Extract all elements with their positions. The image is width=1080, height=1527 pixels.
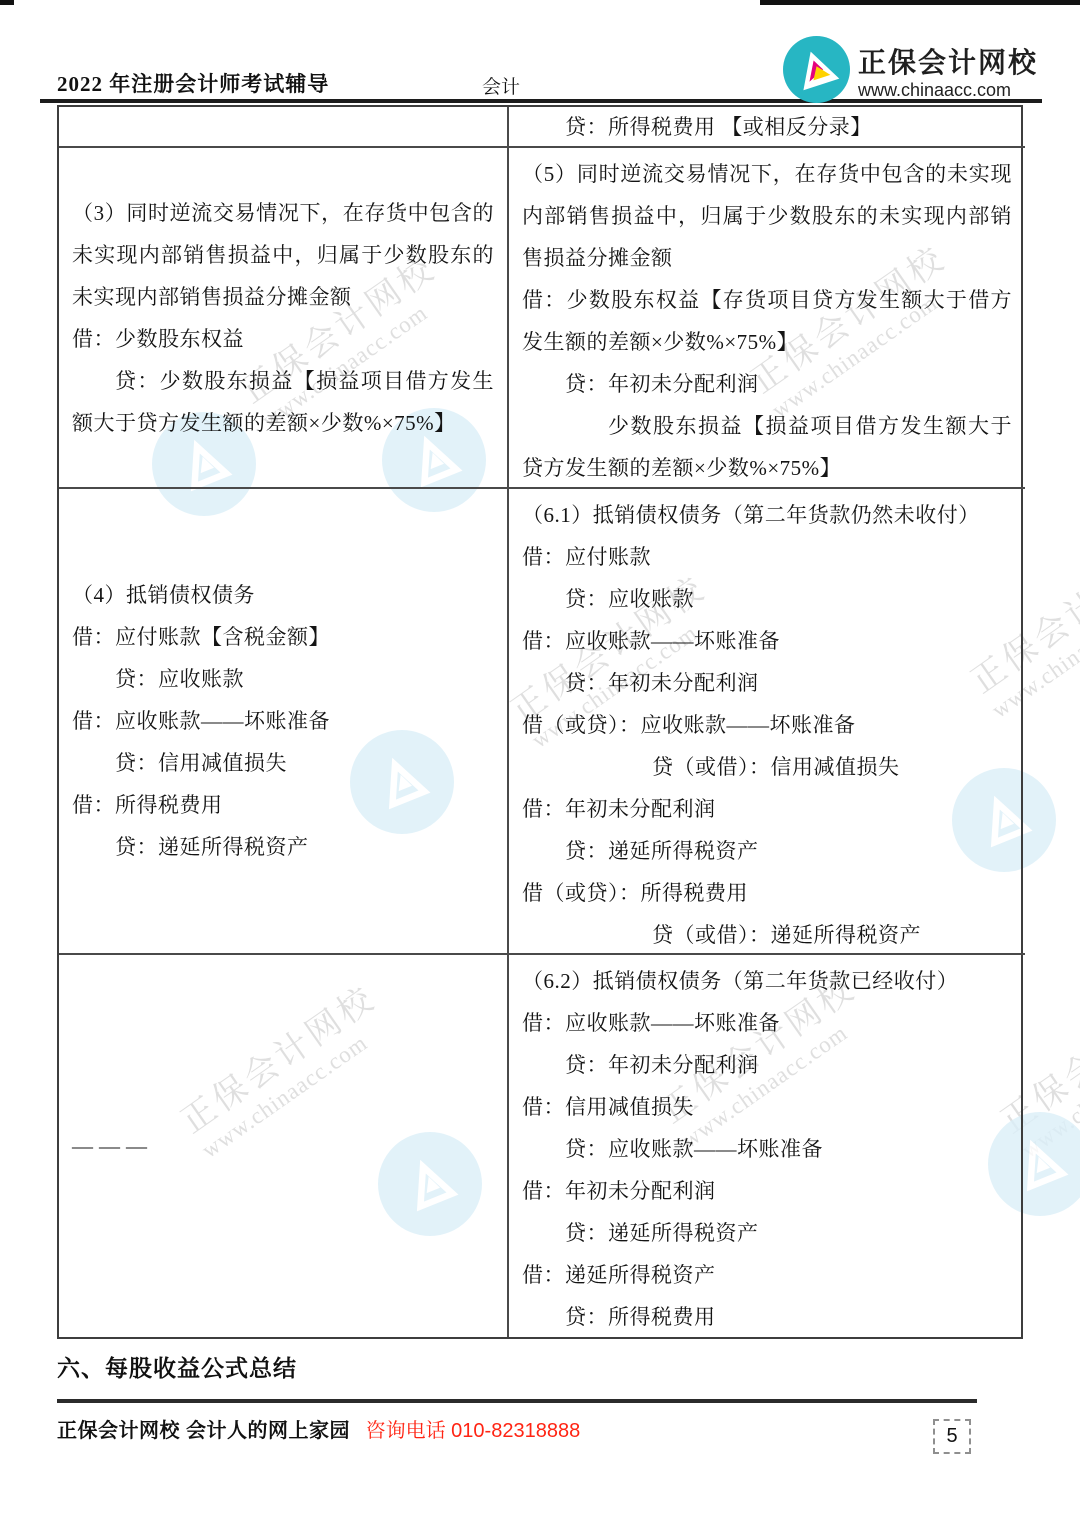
entry-line: 贷：年初未分配利润 [522, 662, 1012, 704]
entry-line: 借：少数股东权益【存货项目贷方发生额大于借方发生额的差额×少数%×75%】 [522, 279, 1012, 363]
table-cell-row1-right: 贷：所得税费用 【或相反分录】 [509, 107, 1025, 148]
table-cell-row4-left: ——— [59, 955, 509, 1337]
entry-line: 借：应付账款 [522, 536, 1012, 578]
table-cell-row3-right: （6.1）抵销债权债务（第二年货款仍然未收付） 借：应付账款 贷：应收账款 借：… [509, 489, 1025, 955]
table-cell-row2-left: （3）同时逆流交易情况下，在存货中包含的未实现内部销售损益中，归属于少数股东的未… [59, 148, 509, 489]
entry-line: （3）同时逆流交易情况下，在存货中包含的未实现内部销售损益中，归属于少数股东的未… [72, 192, 494, 318]
page-number-badge: 5 [933, 1419, 971, 1454]
entry-line: 贷：递延所得税资产 [72, 826, 494, 868]
section-heading: 六、每股收益公式总结 [57, 1350, 297, 1383]
entry-line: 借（或贷）：应收账款——坏账准备 [522, 704, 1012, 746]
entry-line: 借：应收账款——坏账准备 [72, 700, 494, 742]
entry-line: （4）抵销债权债务 [72, 574, 494, 616]
entry-line: 借（或贷）：所得税费用 [522, 872, 1012, 914]
entry-line: 借：应收账款——坏账准备 [522, 1002, 1012, 1044]
entry-line: 贷：年初未分配利润 [522, 1044, 1012, 1086]
entry-line: 贷：应收账款 [522, 578, 1012, 620]
entry-line: 借：年初未分配利润 [522, 788, 1012, 830]
entry-line: 少数股东损益【损益项目借方发生额大于贷方发生额的差额×少数%×75%】 [522, 405, 1012, 489]
entry-line: 借：应付账款【含税金额】 [72, 616, 494, 658]
page-number: 5 [946, 1425, 957, 1448]
entry-line: 借：所得税费用 [72, 784, 494, 826]
entry-line: 贷（或借）：信用减值损失 [522, 746, 1012, 788]
brand-url: www.chinaacc.com [858, 80, 1038, 100]
journal-entries-table: 贷：所得税费用 【或相反分录】 （3）同时逆流交易情况下，在存货中包含的未实现内… [57, 105, 1023, 1339]
footer-brand: 正保会计网校 会计人的网上家园 [57, 1420, 350, 1442]
entry-line: （5）同时逆流交易情况下，在存货中包含的未实现内部销售损益中，归属于少数股东的未… [522, 153, 1012, 279]
entry-line: 贷：所得税费用 [522, 1296, 1012, 1338]
entry-line: 贷：信用减值损失 [72, 742, 494, 784]
entry-line: （6.1）抵销债权债务（第二年货款仍然未收付） [522, 494, 1012, 536]
document-page: 正保会计网校 www.chinaacc.com 正保会计网校 www.china… [0, 0, 1080, 1527]
entry-line: 贷（或借）：递延所得税资产 [522, 914, 1012, 956]
scan-artifact [760, 0, 1080, 5]
footer-phone: 咨询电话 010-82318888 [366, 1420, 581, 1442]
brand-logo: 正保会计网校 www.chinaacc.com [783, 36, 1038, 103]
entry-line: 借：信用减值损失 [522, 1086, 1012, 1128]
entry-line: 贷：递延所得税资产 [522, 1212, 1012, 1254]
scan-artifact [0, 0, 14, 5]
placeholder-dashes: ——— [72, 1125, 494, 1167]
brand-name: 正保会计网校 [858, 46, 1038, 80]
footer-rule [57, 1399, 977, 1403]
header-subject: 会计 [482, 72, 520, 99]
entry-line: 贷：所得税费用 【或相反分录】 [522, 106, 1012, 148]
entry-line: 借：少数股东权益 [72, 318, 494, 360]
entry-line: 贷：递延所得税资产 [522, 830, 1012, 872]
table-cell-row1-left [59, 107, 509, 148]
entry-line: （6.2）抵销债权债务（第二年货款已经收付） [522, 960, 1012, 1002]
watermark-url: www.chinaacc.com [1017, 1012, 1080, 1164]
entry-line: 借：递延所得税资产 [522, 1254, 1012, 1296]
entry-line: 贷：应收账款——坏账准备 [522, 1128, 1012, 1170]
table-cell-row2-right: （5）同时逆流交易情况下，在存货中包含的未实现内部销售损益中，归属于少数股东的未… [509, 148, 1025, 489]
footer: 正保会计网校 会计人的网上家园 咨询电话 010-82318888 [57, 1414, 580, 1443]
header-course-title: 2022 年注册会计师考试辅导 [57, 68, 329, 98]
entry-line: 贷：应收账款 [72, 658, 494, 700]
brand-logo-text: 正保会计网校 www.chinaacc.com [858, 36, 1038, 103]
entry-line: 贷：少数股东损益【损益项目借方发生额大于贷方发生额的差额×少数%×75%】 [72, 360, 494, 444]
entry-line: 贷：年初未分配利润 [522, 363, 1012, 405]
table-cell-row3-left: （4）抵销债权债务 借：应付账款【含税金额】 贷：应收账款 借：应收账款——坏账… [59, 489, 509, 955]
entry-line: 借：应收账款——坏账准备 [522, 620, 1012, 662]
table-cell-row4-right: （6.2）抵销债权债务（第二年货款已经收付） 借：应收账款——坏账准备 贷：年初… [509, 955, 1025, 1337]
brand-logo-icon [783, 36, 850, 103]
entry-line: 借：年初未分配利润 [522, 1170, 1012, 1212]
